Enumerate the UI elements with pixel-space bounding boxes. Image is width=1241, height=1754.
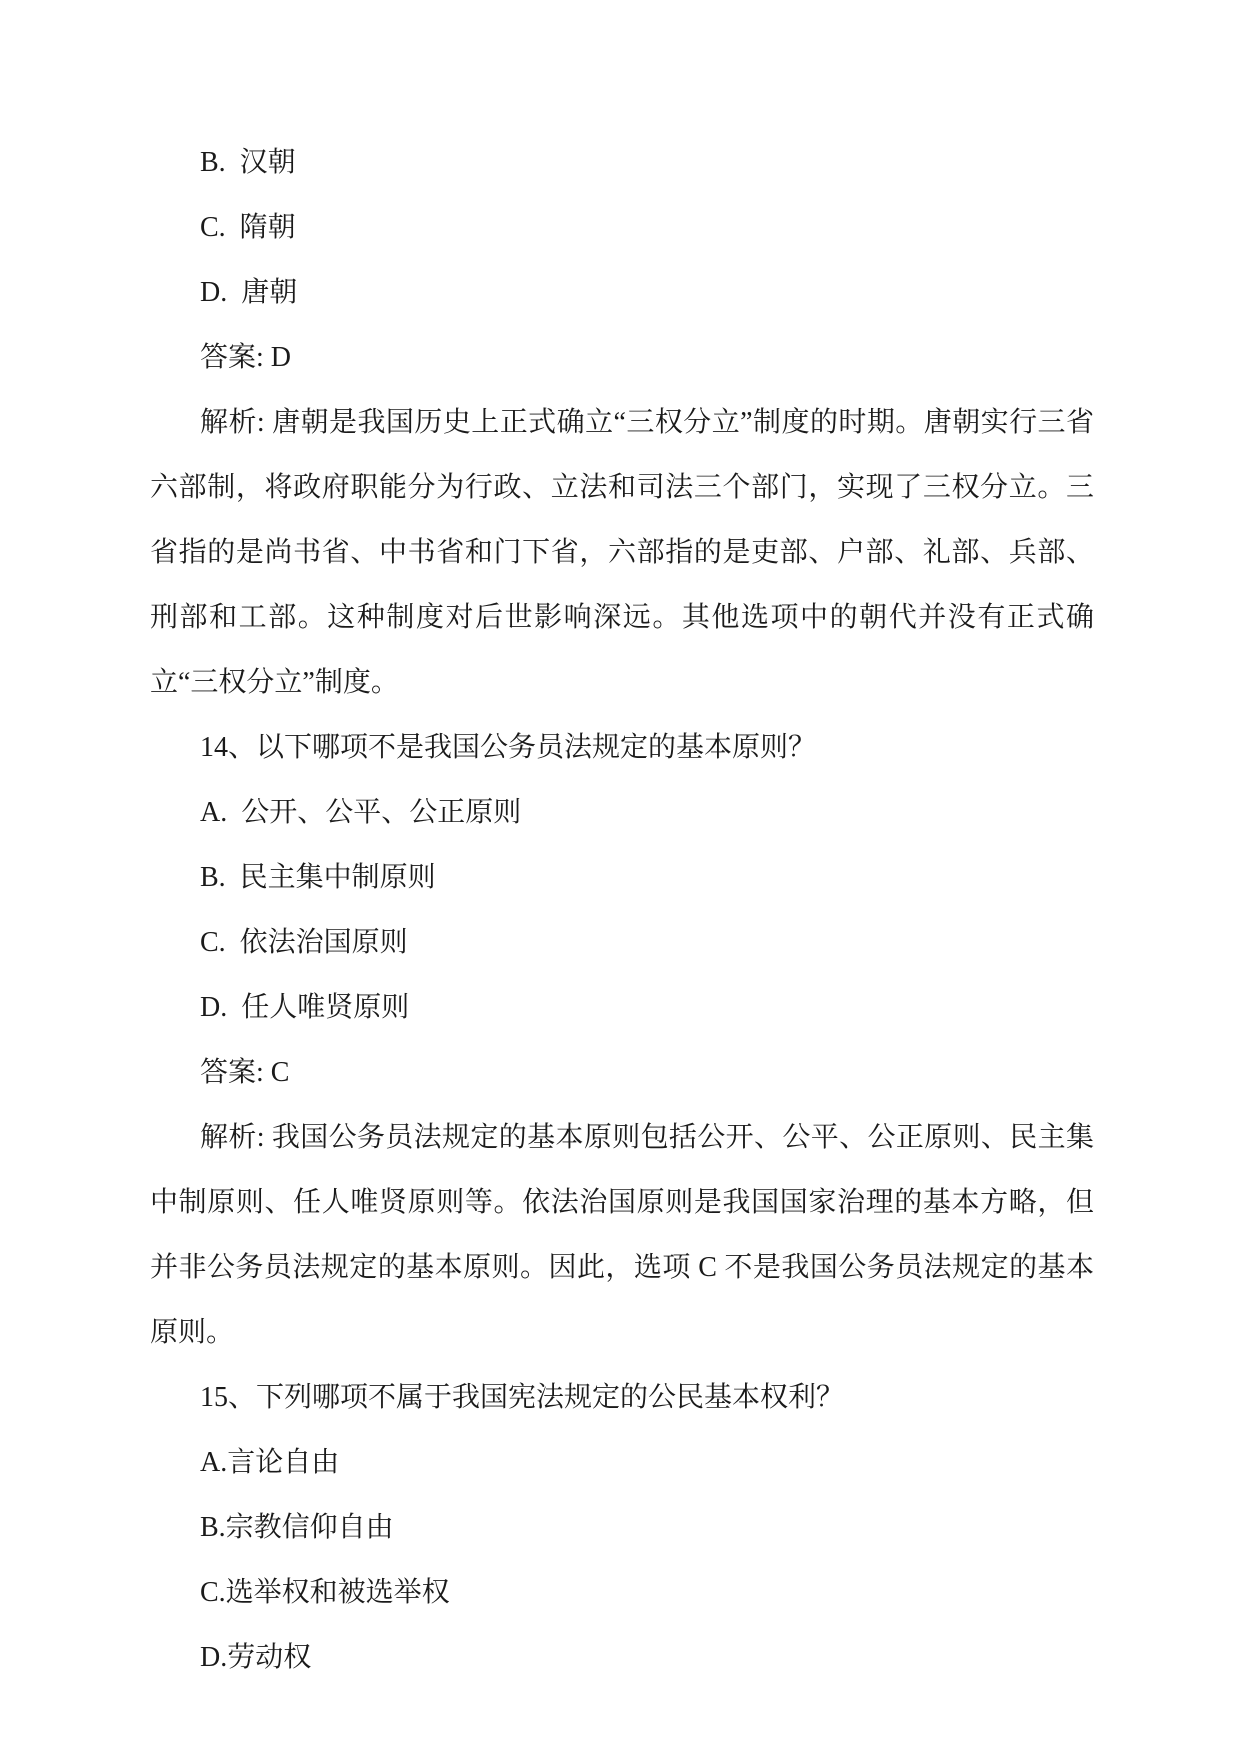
explanation-paragraph: 解析: 唐朝是我国历史上正式确立“三权分立”制度的时期。唐朝实行三省六部制，将政… (150, 390, 1094, 715)
option-line: A.言论自由 (150, 1430, 1094, 1495)
option-line: B. 汉朝 (150, 130, 1094, 195)
option-line: D.劳动权 (150, 1625, 1094, 1690)
option-line: C. 依法治国原则 (150, 910, 1094, 975)
option-line: D. 唐朝 (150, 260, 1094, 325)
answer-line: 答案: C (150, 1040, 1094, 1105)
option-line: B. 民主集中制原则 (150, 845, 1094, 910)
question-line: 14、以下哪项不是我国公务员法规定的基本原则？ (150, 715, 1094, 780)
option-line: C. 隋朝 (150, 195, 1094, 260)
answer-line: 答案: D (150, 325, 1094, 390)
option-line: B.宗教信仰自由 (150, 1495, 1094, 1560)
explanation-paragraph: 解析: 我国公务员法规定的基本原则包括公开、公平、公正原则、民主集中制原则、任人… (150, 1105, 1094, 1365)
document-page: B. 汉朝C. 隋朝D. 唐朝答案: D解析: 唐朝是我国历史上正式确立“三权分… (150, 130, 1094, 1690)
option-line: D. 任人唯贤原则 (150, 975, 1094, 1040)
question-line: 15、下列哪项不属于我国宪法规定的公民基本权利？ (150, 1365, 1094, 1430)
option-line: A. 公开、公平、公正原则 (150, 780, 1094, 845)
option-line: C.选举权和被选举权 (150, 1560, 1094, 1625)
